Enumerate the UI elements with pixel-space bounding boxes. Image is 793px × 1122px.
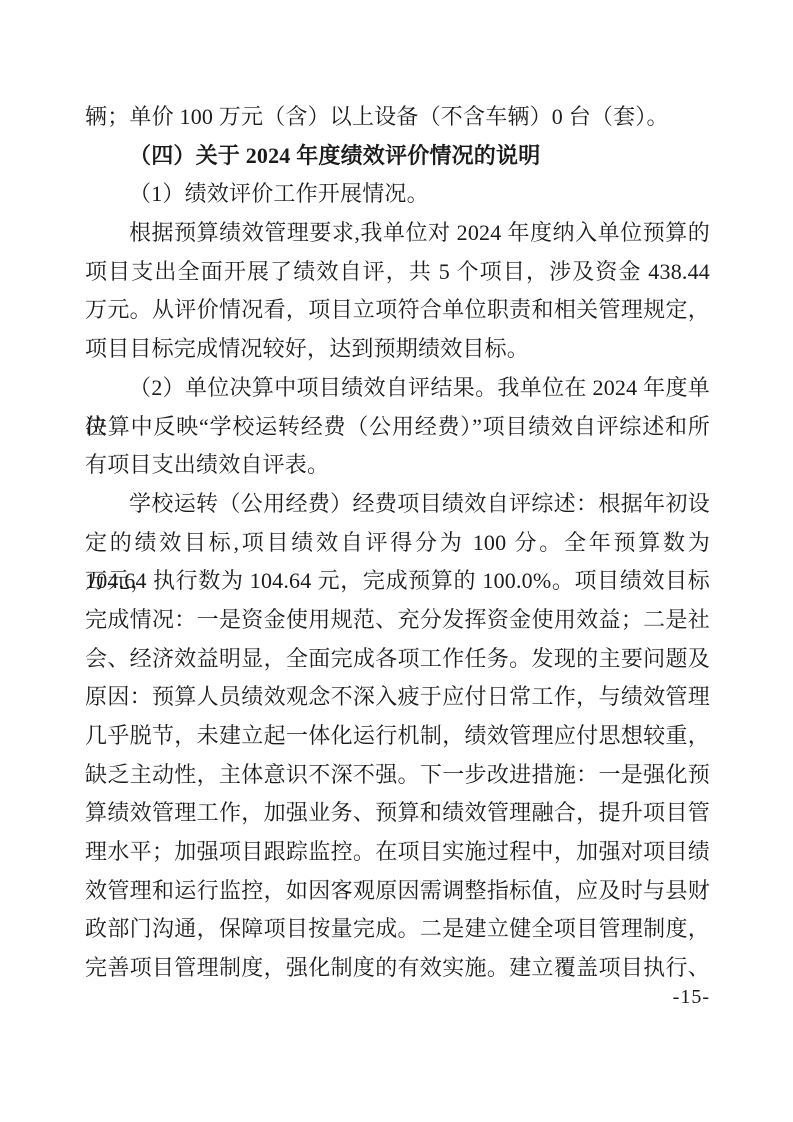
- text-line: 项目目标完成情况较好，达到预期绩效目标。: [85, 330, 710, 369]
- document-body: 辆；单价 100 万元（含）以上设备（不含车辆）0 台（套）。（四）关于 202…: [85, 98, 710, 988]
- section-heading: （四）关于 2024 年度绩效评价情况的说明: [85, 137, 710, 176]
- text-line: 理水平；加强项目跟踪监控。在项目实施过程中，加强对项目绩: [85, 833, 710, 872]
- text-line: 辆；单价 100 万元（含）以上设备（不含车辆）0 台（套）。: [85, 98, 710, 137]
- text-line: 原因：预算人员绩效观念不深入疲于应付日常工作，与绩效管理: [85, 678, 710, 717]
- page-number: -15-: [673, 986, 710, 1009]
- text-line: 学校运转（公用经费）经费项目绩效自评综述：根据年初设: [85, 485, 710, 524]
- text-line: 缺乏主动性，主体意识不深不强。下一步改进措施：一是强化预: [85, 756, 710, 795]
- text-line: 项目支出全面开展了绩效自评，共 5 个项目，涉及资金 438.44: [85, 253, 710, 292]
- text-line: 政部门沟通，保障项目按量完成。二是建立健全项目管理制度，: [85, 910, 710, 949]
- document-page: 辆；单价 100 万元（含）以上设备（不含车辆）0 台（套）。（四）关于 202…: [0, 0, 793, 1122]
- text-line: 会、经济效益明显，全面完成各项工作任务。发现的主要问题及: [85, 640, 710, 679]
- text-line: 效管理和运行监控，如因客观原因需调整指标值，应及时与县财: [85, 872, 710, 911]
- text-line: 万元，执行数为 104.64 元，完成预算的 100.0%。项目绩效目标: [85, 562, 710, 601]
- text-line: 根据预算绩效管理要求,我单位对 2024 年度纳入单位预算的: [85, 214, 710, 253]
- text-line: 完善项目管理制度，强化制度的有效实施。建立覆盖项目执行、: [85, 949, 710, 988]
- text-line: 万元。从评价情况看，项目立项符合单位职责和相关管理规定，: [85, 291, 710, 330]
- text-line: 几乎脱节，未建立起一体化运行机制，绩效管理应付思想较重，: [85, 717, 710, 756]
- text-line: 完成情况：一是资金使用规范、充分发挥资金使用效益；二是社: [85, 601, 710, 640]
- text-line: （1）绩效评价工作开展情况。: [85, 175, 710, 214]
- text-line: 算绩效管理工作，加强业务、预算和绩效管理融合，提升项目管: [85, 794, 710, 833]
- text-line: 有项目支出绩效自评表。: [85, 446, 710, 485]
- text-line: 定的绩效目标,项目绩效自评得分为 100 分。全年预算数为 104.64: [85, 524, 710, 563]
- text-line: （2）单位决算中项目绩效自评结果。我单位在 2024 年度单位: [85, 369, 710, 408]
- text-line: 决算中反映“学校运转经费（公用经费）”项目绩效自评综述和所: [85, 408, 710, 447]
